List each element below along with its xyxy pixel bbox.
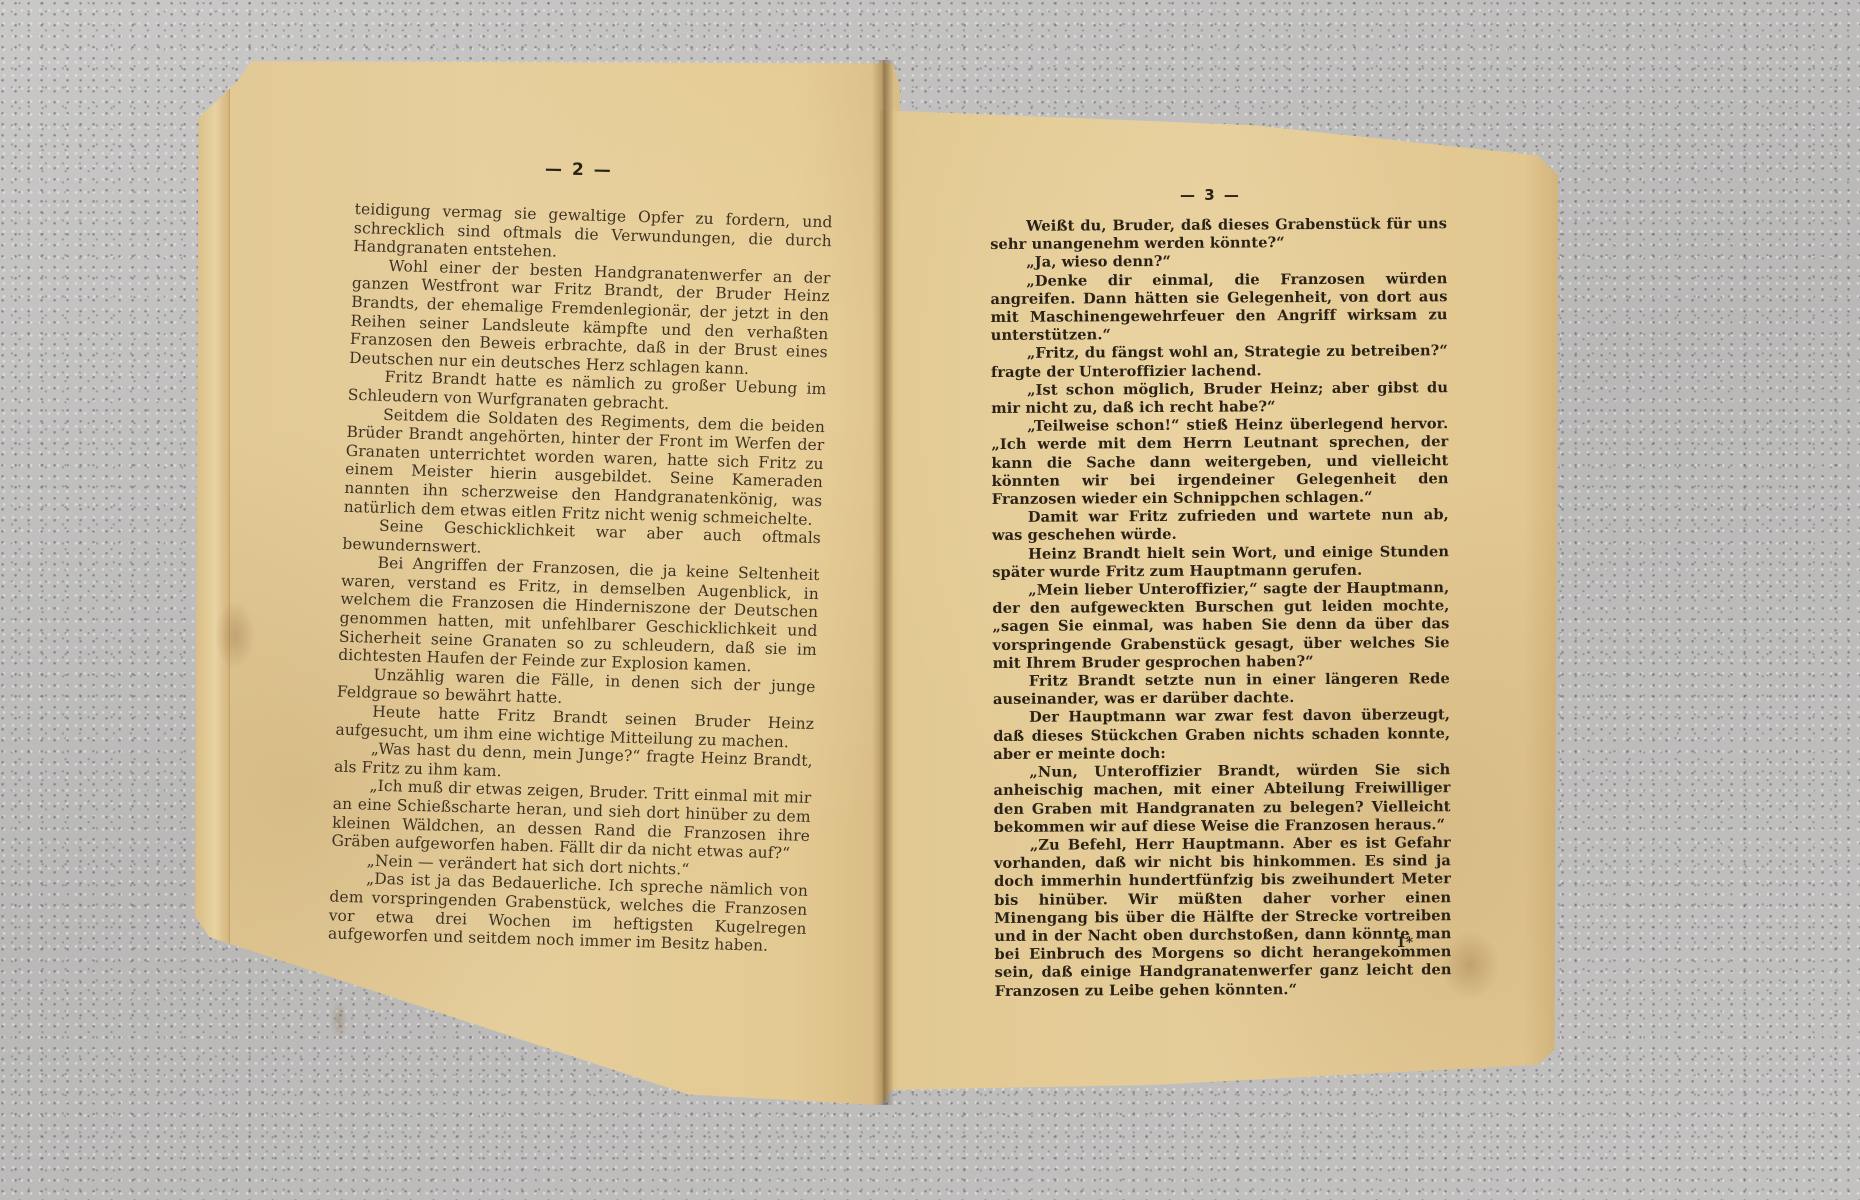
paragraph: Bei Angriffen der Franzosen, die ja kein… <box>338 553 820 678</box>
paragraph: „Ich muß dir etwas zeigen, Bruder. Tritt… <box>331 776 812 864</box>
paragraph: „Mein lieber Unteroffizier,“ sagte der H… <box>992 579 1450 673</box>
paragraph: „Nun, Unteroffizier Brandt, würden Sie s… <box>993 761 1450 837</box>
paragraph: „Zu Befehl, Herr Hauptmann. Aber es ist … <box>994 834 1452 1001</box>
paper-stain <box>330 1000 348 1040</box>
left-page-text: teidigung vermag sie gewaltige Opfer zu … <box>328 200 833 957</box>
page-fore-edge <box>195 55 230 1105</box>
paragraph: Wohl einer der besten Handgranatenwerfer… <box>349 256 831 381</box>
page-number-right: — 3 — <box>1180 186 1241 204</box>
paragraph: Der Hauptmann war zwar fest davon überze… <box>993 707 1450 764</box>
paragraph: Fritz Brandt setzte nun in einer längere… <box>993 670 1450 709</box>
paragraph: „Fritz, du fängst wohl an, Strategie zu … <box>991 343 1448 382</box>
signature-mark: 1* <box>1396 935 1413 951</box>
paragraph: Seitdem die Soldaten des Regiments, dem … <box>343 404 825 529</box>
paragraph: Heinz Brandt hielt sein Wort, und einige… <box>992 543 1449 582</box>
page-number-left: — 2 — <box>545 159 613 180</box>
paragraph: „Denke dir einmal, die Franzosen würden … <box>990 270 1447 346</box>
paragraph: „Teilweise schon!“ stieß Heinz überlegen… <box>991 415 1449 509</box>
paragraph: Damit war Fritz zufrieden und wartete nu… <box>992 506 1449 545</box>
right-page-text: Weißt du, Bruder, daß dieses Grabenstück… <box>990 215 1452 1001</box>
paragraph: Weißt du, Bruder, daß dieses Grabenstück… <box>990 215 1447 254</box>
paragraph: „Ist schon möglich, Bruder Heinz; aber g… <box>991 379 1448 418</box>
paragraph: „Das ist ja das Bedauerliche. Ich sprech… <box>328 869 809 957</box>
